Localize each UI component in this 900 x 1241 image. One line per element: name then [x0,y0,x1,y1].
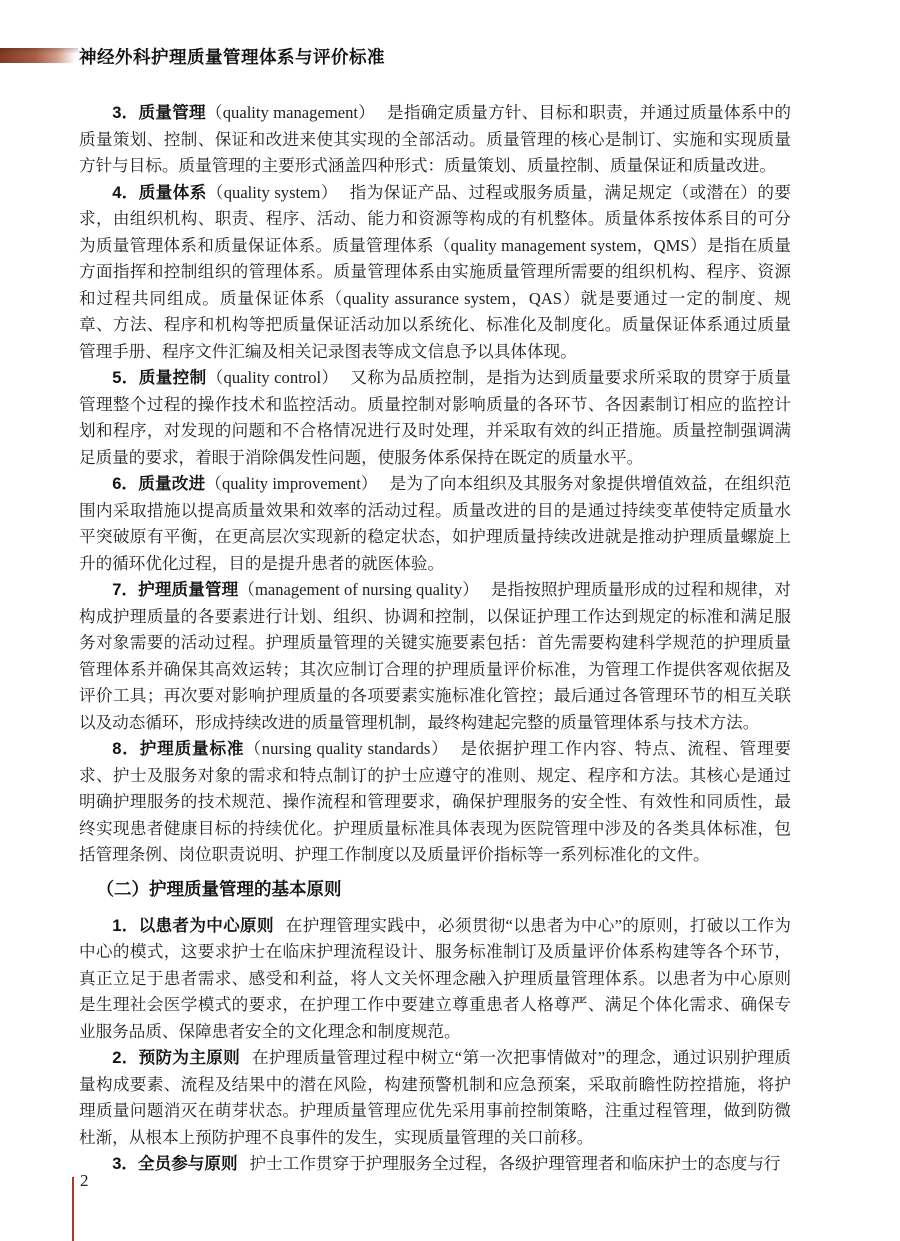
term-label: 3．质量管理 [112,103,206,122]
term-english: （nursing quality standards） [244,739,460,758]
section-heading: （二）护理质量管理的基本原则 [79,876,791,902]
chapter-accent-bar [0,48,78,63]
term-label: 7．护理质量管理 [112,580,238,599]
definition-paragraph-quality-system: 4．质量体系（quality system）指为保证产品、过程或服务质量，满足规… [79,180,791,366]
paragraph-text: 指为保证产品、过程或服务质量，满足规定（或潜在）的要求，由组织机构、职责、程序、… [79,183,791,361]
definition-paragraph-nursing-quality-standards: 8．护理质量标准（nursing quality standards）是依据护理… [79,736,791,869]
term-english: （quality control） [207,368,351,387]
label-gap [274,916,286,935]
principle-paragraph-full-participation: 3．全员参与原则护士工作贯穿于护理服务全过程，各级护理管理者和临床护士的态度与行 [79,1151,791,1178]
term-english: （quality system） [207,183,350,202]
term-label: 5．质量控制 [112,368,206,387]
principle-label: 2．预防为主原则 [112,1048,240,1067]
principle-label: 3．全员参与原则 [112,1154,237,1173]
principle-label: 1．以患者为中心原则 [112,916,274,935]
definition-paragraph-quality-control: 5．质量控制（quality control）又称为品质控制，是指为达到质量要求… [79,365,791,471]
label-gap [238,1154,250,1173]
paragraph-text: 是指按照护理质量形成的过程和规律，对构成护理质量的各要素进行计划、组织、协调和控… [79,580,791,732]
definition-paragraph-nursing-quality-management: 7．护理质量管理（management of nursing quality）是… [79,577,791,736]
book-page: 神经外科护理质量管理体系与评价标准 3．质量管理（quality managem… [0,0,900,1241]
page-number: 2 [80,1171,89,1191]
running-head-title: 神经外科护理质量管理体系与评价标准 [79,44,385,69]
term-label: 4．质量体系 [112,183,207,202]
term-english: （quality improvement） [205,474,389,493]
term-label: 8．护理质量标准 [112,739,244,758]
principle-paragraph-patient-centered: 1．以患者为中心原则在护理管理实践中，必须贯彻“以患者为中心”的原则，打破以工作… [79,913,791,1046]
label-gap [240,1048,252,1067]
term-english: （management of nursing quality） [238,580,491,599]
definition-paragraph-quality-improvement: 6．质量改进（quality improvement）是为了向本组织及其服务对象… [79,471,791,577]
term-english: （quality management） [206,103,387,122]
term-label: 6．质量改进 [112,474,205,493]
principle-paragraph-prevention-first: 2．预防为主原则在护理质量管理过程中树立“第一次把事情做对”的理念，通过识别护理… [79,1045,791,1151]
paragraph-text: 护士工作贯穿于护理服务全过程，各级护理管理者和临床护士的态度与行 [250,1154,781,1173]
definition-paragraph-quality-management: 3．质量管理（quality management）是指确定质量方针、目标和职责… [79,100,791,180]
page-body: 3．质量管理（quality management）是指确定质量方针、目标和职责… [79,100,791,1178]
footer-accent-line [72,1177,74,1241]
